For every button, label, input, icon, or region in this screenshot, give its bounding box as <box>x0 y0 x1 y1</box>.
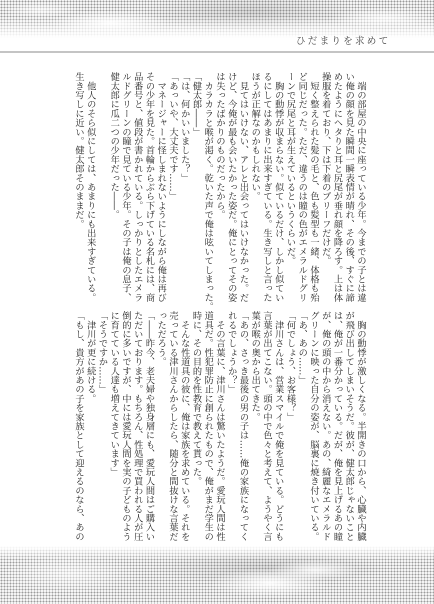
text-column: は失ったばかりのものだったから。 <box>213 72 225 304</box>
text-column: 葉が喉の奥から出てきた。 <box>249 311 261 543</box>
text-column: 「健太郎――」 <box>190 72 202 304</box>
text-column: カラカラと喉が渇く。乾いた声で俺は呟いてしまった。 <box>202 72 214 304</box>
text-column: 「何でしょう、お客様？」 <box>284 311 296 543</box>
text-column: 「あ、あの……」 <box>296 311 308 543</box>
running-title: ひだまりを求めて <box>296 36 390 48</box>
text-column: 胸の動悸が激しくなる。半開きの口から、心臓や内臓 <box>354 311 366 543</box>
text-column: 操服を着ており、下は下着のブリーフだけだ。 <box>319 72 331 304</box>
top-halftone-decoration <box>0 0 434 40</box>
text-column: その少年を見た。首輪からぶら下げている名札には、商 <box>143 72 155 304</box>
text-column: けど、今俺が最も会いたかった姿だ。俺にとってその姿 <box>225 72 237 304</box>
text-column: ルドグリーンの瞳で見ている少年。その子は俺の息子、 <box>119 72 131 304</box>
text-column: マネージャーに怪しまれないようにしながら俺は再び <box>155 72 167 304</box>
text-column: 津川さんは、営業スマイルで俺を見ている。どうにも <box>272 311 284 543</box>
text-column: 短く整えられた髪の毛と、色も髪型も一緒、体格も殆 <box>307 72 319 304</box>
text-column: 倒的に多いですが、中には愛玩人間を実の子どものよう <box>119 311 131 543</box>
text-column: い俺の顔を見た瞬間一瞬表情が晴れ、その後、すぐに諦 <box>343 72 355 304</box>
bottom-halftone-decoration <box>0 546 434 604</box>
text-column: が、俺の頭の中から消えない。あの、綺麗なエメラルド <box>319 311 331 543</box>
text-column: めたようにヘタりと耳と尻尾が垂れ顔を降ろす。上は体 <box>331 72 343 304</box>
text-column: ただいております。もちろん、性処理で買われる人が圧 <box>131 311 143 543</box>
text-column: 時に、その目的を性教育で教えて貰った。 <box>190 311 202 543</box>
text-column: 「あの、さっき最後の男の子は……俺の家族になってく <box>237 311 249 543</box>
text-column: 端の部屋の中央に座っている少年。今までの子とは違 <box>354 72 366 304</box>
text-column: ほうが正解なのかもしれない。 <box>249 72 261 304</box>
text-column: ど同じだった。ただ、違うのは瞳の色がエメラルドグリ <box>296 72 308 304</box>
text-column: 「そうですか……」 <box>96 311 108 543</box>
text-column: 品番号と、値段が書かれている。しっかりとしたエメラ <box>131 72 143 304</box>
text-column: は、俺が一番分かっている。だが、俺を見上げるあの瞳 <box>331 311 343 543</box>
text-column: そんな性道具の彼に、俺は家族を求めている。それを <box>178 311 190 543</box>
blank-line-column <box>96 72 108 304</box>
text-column: グリーンに映った自分の姿が、脳裏に焼き付いている。 <box>307 311 319 543</box>
text-column: 道具だ。性犯罪防止に創られたもので、俺がまだ学生の <box>202 311 214 543</box>
text-column: 津川が更に続ける。 <box>84 311 96 543</box>
text-column: ーンで尻尾と耳が生えているというくらいだ。 <box>284 72 296 304</box>
text-column: 生き写しに近い。健太郎そのままだ。 <box>72 72 84 304</box>
text-column: 売っている津川さんからしたら、随分と間抜けな言葉だ <box>166 311 178 543</box>
text-column: 見てはいけない、アレと出会ってはいけなかった。だ <box>237 72 249 304</box>
text-column: 言葉が出てこない。頭の中で色々と考えて、ようやく言 <box>260 311 272 543</box>
text-column: 「――昨今、老夫婦や独身層にも、愛玩人間はご購入い <box>143 311 155 543</box>
text-column: るにしてはあまりに出来すぎている。生き写しと言った <box>260 72 272 304</box>
text-column: 「もし、貴方があの子を家族として迎えるのなら、あの <box>72 311 84 543</box>
text-column: 健太郎に瓜二つの少年だった――。 <box>108 72 120 304</box>
text-column: 他人のそら似にしては、あまりにも出来すぎている。 <box>84 72 96 304</box>
header-rule <box>0 51 434 53</box>
text-column: っただろう。 <box>155 311 167 543</box>
text-column: 胸の動悸が収まらない。似ているだけ、しかし似てい <box>272 72 284 304</box>
text-column: 「あっいや、大丈夫です……」 <box>166 72 178 304</box>
upper-text-tier: 端の部屋の中央に座っている少年。今までの子とは違 い俺の顔を見た瞬間一瞬表情が晴… <box>72 72 366 304</box>
text-column: れるでしょうか？」 <box>225 311 237 543</box>
lower-text-tier: 胸の動悸が激しくなる。半開きの口から、心臓や内臓 が飛び出してしまいそうだ。彼が… <box>72 311 366 543</box>
text-column: に育てている人達も増えてきています」 <box>108 311 120 543</box>
text-column: が飛び出してしまいそうだ。彼が、健太郎じゃないこと <box>343 311 355 543</box>
text-column: 「は、何かいいました？」 <box>178 72 190 304</box>
text-column: その言葉に、津川さんは驚いたようだ。愛玩人間は性 <box>213 311 225 543</box>
